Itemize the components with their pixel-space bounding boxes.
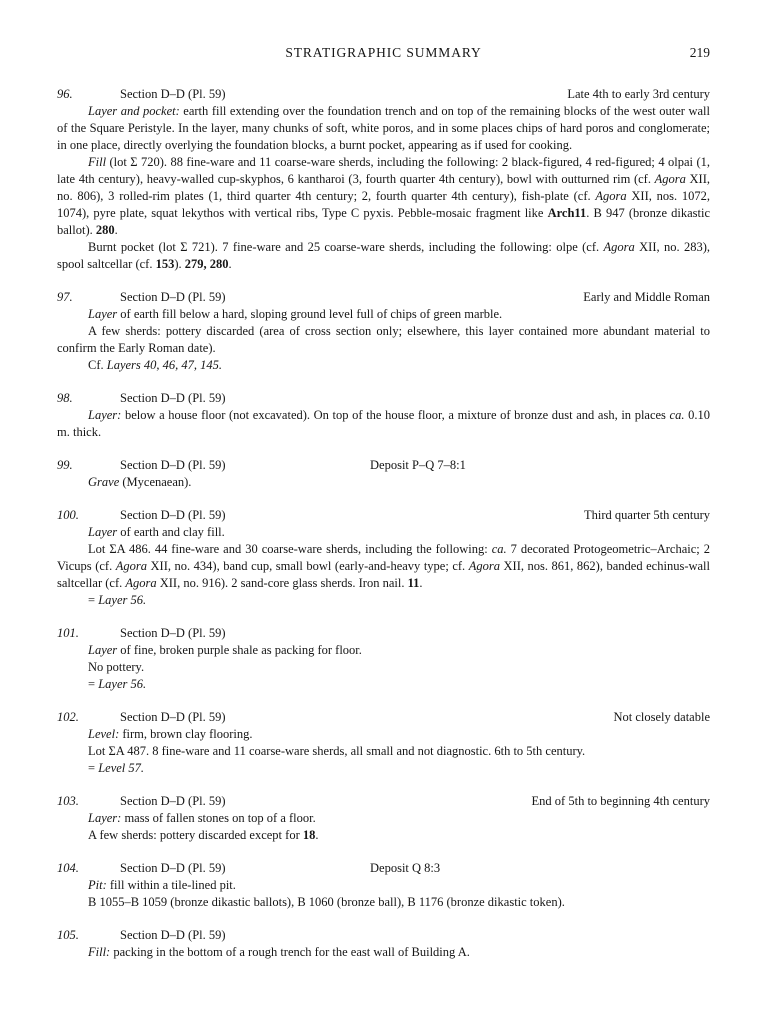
entry-paragraph: = Level 57.: [57, 760, 710, 777]
entry-header: 102. Section D–D (Pl. 59) Not closely da…: [57, 709, 710, 726]
text-run: Lot ΣΑ 487. 8 fine-ware and 11 coarse-wa…: [88, 744, 585, 758]
text-run: 18: [303, 828, 316, 842]
text-run: Cf.: [88, 358, 107, 372]
entry-header: 96. Section D–D (Pl. 59) Late 4th to ear…: [57, 86, 710, 103]
entry-number: 97.: [57, 289, 120, 306]
entry-number: 102.: [57, 709, 120, 726]
text-run: Layer 56.: [98, 593, 146, 607]
entry-number: 103.: [57, 793, 120, 810]
entry-header: 101. Section D–D (Pl. 59): [57, 625, 710, 642]
entry-paragraph: Fill (lot Σ 720). 88 fine-ware and 11 co…: [57, 154, 710, 239]
text-run: =: [88, 761, 98, 775]
text-run: Layer: [88, 307, 117, 321]
text-run: of fine, broken purple shale as packing …: [117, 643, 362, 657]
entry-section: Section D–D (Pl. 59): [120, 86, 226, 103]
text-run: Grave: [88, 475, 119, 489]
text-run: .: [315, 828, 318, 842]
entry-paragraph: No pottery.: [57, 659, 710, 676]
text-run: Fill:: [88, 945, 110, 959]
page: STRATIGRAPHIC SUMMARY 219 96. Section D–…: [0, 0, 764, 1024]
entry-date: Not closely datable: [614, 709, 711, 726]
entry-date: Late 4th to early 3rd century: [567, 86, 710, 103]
text-run: Layers 40, 46, 47, 145.: [107, 358, 222, 372]
text-run: 11: [408, 576, 420, 590]
text-run: Layer:: [88, 811, 121, 825]
entry: 99. Section D–D (Pl. 59) Deposit P–Q 7–8…: [57, 457, 710, 491]
text-run: Layer and pocket:: [88, 104, 180, 118]
text-run: XII, no. 434), band cup, small bowl (ear…: [147, 559, 469, 573]
entry-paragraph: Burnt pocket (lot Σ 721). 7 fine-ware an…: [57, 239, 710, 273]
text-run: 279, 280: [185, 257, 229, 271]
text-run: XII, no. 916). 2 sand-core glass sherds.…: [157, 576, 408, 590]
text-run: of earth fill below a hard, sloping grou…: [117, 307, 502, 321]
text-run: Agora: [604, 240, 635, 254]
entry: 98. Section D–D (Pl. 59) Layer: below a …: [57, 390, 710, 441]
text-run: Layer: [88, 643, 117, 657]
entry-number: 99.: [57, 457, 120, 474]
text-run: Agora: [655, 172, 686, 186]
text-run: ca.: [670, 408, 685, 422]
entry-header: 98. Section D–D (Pl. 59): [57, 390, 710, 407]
entry: 96. Section D–D (Pl. 59) Late 4th to ear…: [57, 86, 710, 273]
entry-paragraph: Layer: below a house floor (not excavate…: [57, 407, 710, 441]
entry-paragraph: Fill: packing in the bottom of a rough t…: [57, 944, 710, 961]
entry-header: 103. Section D–D (Pl. 59) End of 5th to …: [57, 793, 710, 810]
text-run: Layer:: [88, 408, 121, 422]
entry-section: Section D–D (Pl. 59): [120, 709, 226, 726]
text-run: below a house floor (not excavated). On …: [121, 408, 669, 422]
entry-paragraph: Lot ΣΑ 486. 44 fine-ware and 30 coarse-w…: [57, 541, 710, 592]
text-run: =: [88, 677, 98, 691]
entry-number: 100.: [57, 507, 120, 524]
text-run: Pit:: [88, 878, 107, 892]
text-run: Agora: [125, 576, 156, 590]
entry-date: Third quarter 5th century: [584, 507, 710, 524]
entry-body: Layer: below a house floor (not excavate…: [57, 407, 710, 441]
entry-date: End of 5th to beginning 4th century: [532, 793, 710, 810]
text-run: Lot ΣΑ 486. 44 fine-ware and 30 coarse-w…: [88, 542, 492, 556]
entry-header: 99. Section D–D (Pl. 59) Deposit P–Q 7–8…: [57, 457, 710, 474]
entry-body: Level: firm, brown clay flooring.Lot ΣΑ …: [57, 726, 710, 777]
entry-paragraph: = Layer 56.: [57, 676, 710, 693]
entry-section: Section D–D (Pl. 59): [120, 457, 226, 474]
entry-paragraph: = Layer 56.: [57, 592, 710, 609]
text-run: firm, brown clay flooring.: [119, 727, 252, 741]
entry: 97. Section D–D (Pl. 59) Early and Middl…: [57, 289, 710, 374]
entry-number: 96.: [57, 86, 120, 103]
text-run: Burnt pocket (lot Σ 721). 7 fine-ware an…: [88, 240, 604, 254]
text-run: 153: [156, 257, 175, 271]
entry-body: Layer and pocket: earth fill extending o…: [57, 103, 710, 273]
entry-header: 100. Section D–D (Pl. 59) Third quarter …: [57, 507, 710, 524]
entry-date: Early and Middle Roman: [583, 289, 710, 306]
entry-section: Section D–D (Pl. 59): [120, 507, 226, 524]
entry-body: Grave (Mycenaean).: [57, 474, 710, 491]
entry-number: 105.: [57, 927, 120, 944]
text-run: Agora: [469, 559, 500, 573]
text-run: .: [229, 257, 232, 271]
text-run: A few sherds: pottery discarded except f…: [88, 828, 303, 842]
entry-section: Section D–D (Pl. 59): [120, 390, 226, 407]
entry-deposit: Deposit P–Q 7–8:1: [370, 457, 466, 474]
entry-paragraph: Cf. Layers 40, 46, 47, 145.: [57, 357, 710, 374]
entry-header: 104. Section D–D (Pl. 59) Deposit Q 8:3: [57, 860, 710, 877]
text-run: B 1055–B 1059 (bronze dikastic ballots),…: [88, 895, 565, 909]
text-run: Layer 56.: [98, 677, 146, 691]
text-run: Arch11: [548, 206, 587, 220]
entry-section: Section D–D (Pl. 59): [120, 289, 226, 306]
text-run: packing in the bottom of a rough trench …: [110, 945, 470, 959]
entry-section: Section D–D (Pl. 59): [120, 927, 226, 944]
text-run: fill within a tile-lined pit.: [107, 878, 236, 892]
text-run: Layer: [88, 525, 117, 539]
entry-body: Layer of earth and clay fill.Lot ΣΑ 486.…: [57, 524, 710, 609]
entry-deposit: Deposit Q 8:3: [370, 860, 440, 877]
entry: 101. Section D–D (Pl. 59) Layer of fine,…: [57, 625, 710, 693]
text-run: No pottery.: [88, 660, 144, 674]
text-run: 280: [96, 223, 115, 237]
entry-body: Fill: packing in the bottom of a rough t…: [57, 944, 710, 961]
entry: 104. Section D–D (Pl. 59) Deposit Q 8:3 …: [57, 860, 710, 911]
text-run: (Mycenaean).: [119, 475, 191, 489]
text-run: Level:: [88, 727, 119, 741]
entries-list: 96. Section D–D (Pl. 59) Late 4th to ear…: [57, 86, 710, 961]
entry-paragraph: A few sherds: pottery discarded (area of…: [57, 323, 710, 357]
entry-paragraph: A few sherds: pottery discarded except f…: [57, 827, 710, 844]
entry-paragraph: Layer of fine, broken purple shale as pa…: [57, 642, 710, 659]
page-number: 219: [690, 44, 710, 61]
entry-paragraph: Layer: mass of fallen stones on top of a…: [57, 810, 710, 827]
entry-header: 97. Section D–D (Pl. 59) Early and Middl…: [57, 289, 710, 306]
text-run: Agora: [116, 559, 147, 573]
entry-number: 98.: [57, 390, 120, 407]
entry: 103. Section D–D (Pl. 59) End of 5th to …: [57, 793, 710, 844]
text-run: .: [115, 223, 118, 237]
text-run: ).: [174, 257, 184, 271]
entry-section: Section D–D (Pl. 59): [120, 793, 226, 810]
text-run: Agora: [595, 189, 626, 203]
page-header: STRATIGRAPHIC SUMMARY 219: [57, 44, 710, 61]
entry-body: Layer of earth fill below a hard, slopin…: [57, 306, 710, 374]
running-head: STRATIGRAPHIC SUMMARY: [57, 44, 710, 61]
entry-body: Layer of fine, broken purple shale as pa…: [57, 642, 710, 693]
entry-number: 101.: [57, 625, 120, 642]
entry-paragraph: Grave (Mycenaean).: [57, 474, 710, 491]
text-run: A few sherds: pottery discarded (area of…: [57, 324, 710, 355]
entry-section: Section D–D (Pl. 59): [120, 625, 226, 642]
entry: 105. Section D–D (Pl. 59) Fill: packing …: [57, 927, 710, 961]
entry-number: 104.: [57, 860, 120, 877]
entry: 100. Section D–D (Pl. 59) Third quarter …: [57, 507, 710, 609]
entry-paragraph: B 1055–B 1059 (bronze dikastic ballots),…: [57, 894, 710, 911]
entry-paragraph: Layer of earth fill below a hard, slopin…: [57, 306, 710, 323]
entry-paragraph: Lot ΣΑ 487. 8 fine-ware and 11 coarse-wa…: [57, 743, 710, 760]
entry: 102. Section D–D (Pl. 59) Not closely da…: [57, 709, 710, 777]
text-run: ca.: [492, 542, 507, 556]
entry-paragraph: Layer of earth and clay fill.: [57, 524, 710, 541]
entry-header: 105. Section D–D (Pl. 59): [57, 927, 710, 944]
entry-section: Section D–D (Pl. 59): [120, 860, 226, 877]
entry-paragraph: Layer and pocket: earth fill extending o…: [57, 103, 710, 154]
entry-paragraph: Pit: fill within a tile-lined pit.: [57, 877, 710, 894]
text-run: (lot Σ 720). 88 fine-ware and 11 coarse-…: [57, 155, 710, 186]
text-run: of earth and clay fill.: [117, 525, 225, 539]
text-run: Fill: [88, 155, 106, 169]
text-run: Level 57.: [98, 761, 144, 775]
text-run: .: [419, 576, 422, 590]
text-run: =: [88, 593, 98, 607]
entry-paragraph: Level: firm, brown clay flooring.: [57, 726, 710, 743]
entry-body: Layer: mass of fallen stones on top of a…: [57, 810, 710, 844]
entry-body: Pit: fill within a tile-lined pit.B 1055…: [57, 877, 710, 911]
text-run: mass of fallen stones on top of a floor.: [121, 811, 315, 825]
